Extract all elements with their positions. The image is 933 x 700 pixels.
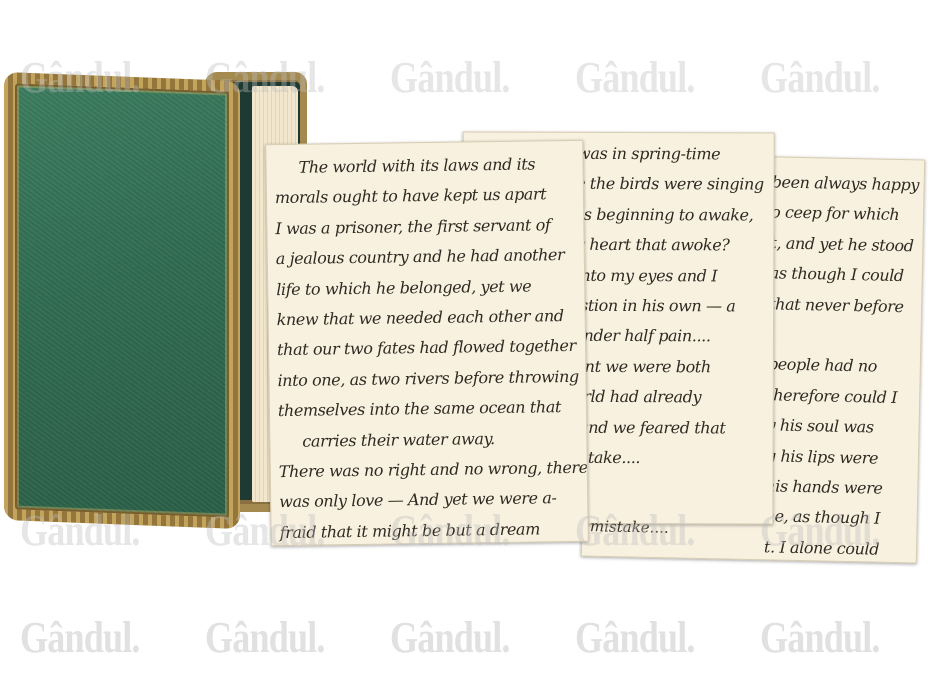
handwritten-line: was only love — And yet we were a- <box>279 483 589 518</box>
handwritten-line: was beginning to awake, <box>561 200 763 231</box>
handwritten-line: carries their water away. <box>278 422 589 457</box>
book-front-cover <box>4 72 240 529</box>
handwritten-line: knew that we needed each other and <box>276 301 588 336</box>
handwritten-line: e, and we feared that <box>561 412 763 443</box>
handwritten-line: uestion in his own — a <box>561 291 763 322</box>
handwritten-line: therefore could I <box>767 380 915 413</box>
handwritten-line: people had no <box>768 350 916 383</box>
handwritten-line: world had already <box>561 382 763 413</box>
watermark-logo: Gândul. <box>760 52 880 103</box>
handwritten-line: his hands were <box>765 471 913 504</box>
handwritten-line: y his soul was <box>766 410 914 443</box>
handwritten-line: it was in spring-time <box>562 139 764 170</box>
handwritten-line: g his lips were <box>766 441 914 474</box>
handwritten-line: t. I alone could <box>764 532 912 564</box>
handwritten-line: a jealous country and he had another <box>276 240 588 275</box>
hidden-page-footer-text: mistake.... <box>590 517 669 537</box>
watermark-logo: Gândul. <box>205 612 325 663</box>
handwritten-line: There was no right and no wrong, there <box>279 453 589 488</box>
handwritten-line: morals ought to have kept us apart <box>275 179 587 214</box>
handwritten-line: o ceep for which <box>771 198 919 231</box>
watermark-logo: Gândul. <box>575 612 695 663</box>
handwritten-line: I was a prisoner, the first servant of <box>275 210 587 245</box>
letter-page-front: The world with its laws and itsmorals ou… <box>265 140 589 546</box>
handwritten-line: themselves into the same ocean that <box>278 392 589 427</box>
handwritten-line: ide the birds were singing <box>561 169 763 200</box>
handwritten-line: my heart that awoke? <box>561 230 763 261</box>
handwritten-line: life to which he belonged, yet we <box>276 270 588 305</box>
handwritten-text-front: The world with its laws and itsmorals ou… <box>274 149 588 546</box>
handwritten-line: ment we were both <box>561 352 763 383</box>
handwritten-text-back: been always happyo ceep for whicht, and … <box>764 167 920 563</box>
handwritten-text-middle: it was in spring-timeide the birds were … <box>560 139 763 474</box>
handwritten-line: fraid that it might be but a dream <box>279 513 588 546</box>
watermark-logo: Gândul. <box>390 52 510 103</box>
handwritten-line: mistake.... <box>560 443 762 474</box>
handwritten-line: t, and yet he stood <box>770 228 918 261</box>
handwritten-line: that never before <box>769 289 917 322</box>
handwritten-line: into one, as two rivers before throwing <box>277 361 588 396</box>
handwritten-line: d into my eyes and I <box>561 260 763 291</box>
handwritten-line: as though I could <box>769 259 917 292</box>
handwritten-line: that our two fates had flowed together <box>277 331 589 366</box>
handwritten-line: ne, as though I <box>764 502 912 535</box>
photo-scene: been always happyo ceep for whicht, and … <box>0 0 933 700</box>
watermark-logo: Gândul. <box>760 612 880 663</box>
handwritten-line: wonder half pain.... <box>561 321 763 352</box>
watermark-logo: Gândul. <box>390 612 510 663</box>
handwritten-line: been always happy <box>771 167 919 200</box>
handwritten-line <box>768 319 916 352</box>
handwritten-line: The world with its laws and its <box>274 149 586 184</box>
watermark-logo: Gândul. <box>20 612 140 663</box>
watermark-logo: Gândul. <box>575 52 695 103</box>
